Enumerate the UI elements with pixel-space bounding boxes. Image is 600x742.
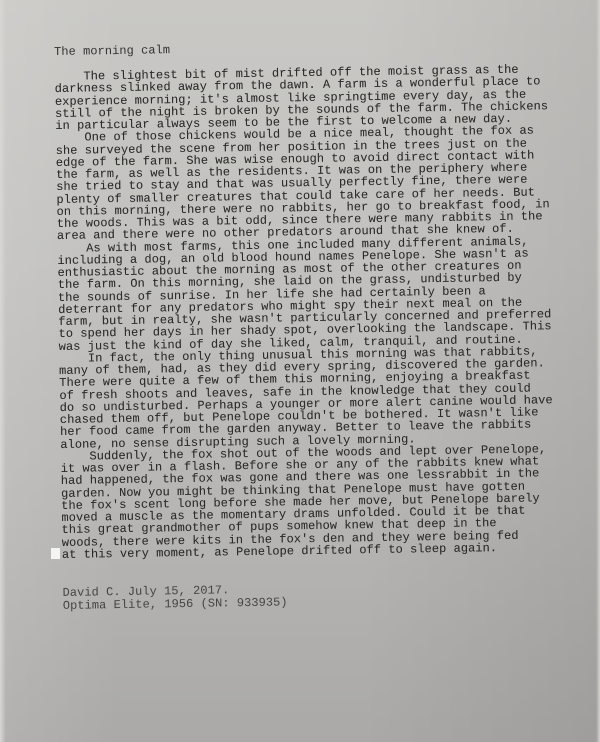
document-title: The morning calm: [54, 37, 574, 59]
correction-mark: [51, 548, 60, 559]
typewritten-page: The morning calm The slightest bit of mi…: [54, 37, 583, 613]
signature-block: David C. July 15, 2017. Optima Elite, 19…: [63, 579, 583, 613]
paper-edge-right: [596, 0, 600, 742]
paper-edge-left: [0, 0, 6, 742]
story-body: The slightest bit of mist drifted off th…: [54, 63, 582, 561]
